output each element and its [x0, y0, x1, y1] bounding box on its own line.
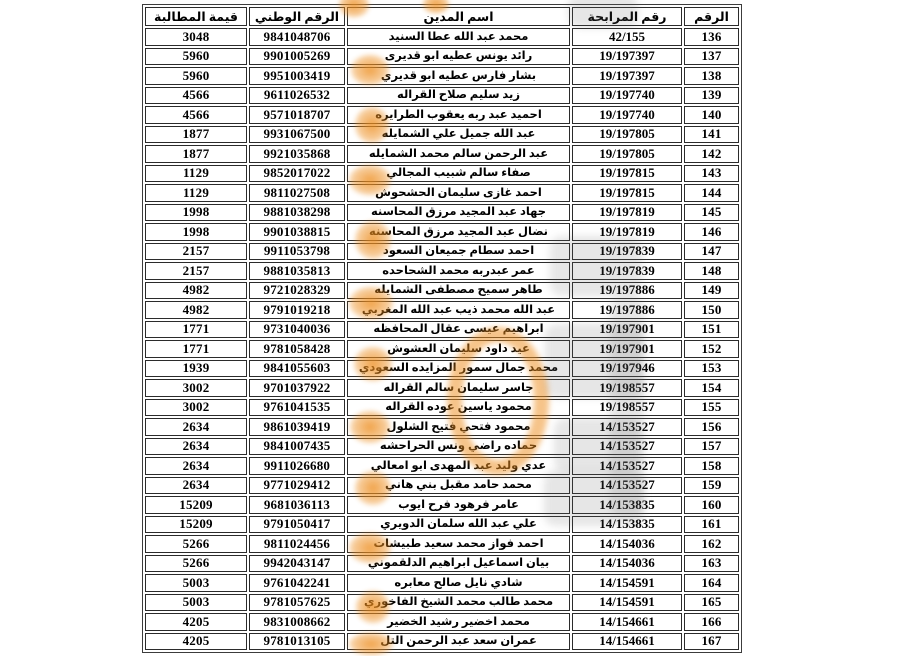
cell-national_id: 9881035813: [249, 262, 345, 280]
cell-index: 142: [684, 145, 739, 163]
cell-name: ابراهيم عيسى عقال المحافظه: [347, 321, 570, 339]
cell-amount: 4982: [145, 282, 247, 300]
cell-name: جاسر سليمان سالم القراله: [347, 379, 570, 397]
table-row: 15814/153527عدي وليد عبد المهدى ابو امعا…: [145, 457, 739, 475]
cell-index: 143: [684, 165, 739, 183]
cell-murabaha: 14/153835: [572, 496, 682, 514]
table-row: 14419/197815احمد غازى سليمان الحشحوش9811…: [145, 184, 739, 202]
cell-name: محمد حامد مقبل بني هاني: [347, 477, 570, 495]
cell-amount: 1877: [145, 126, 247, 144]
cell-national_id: 9841048706: [249, 28, 345, 46]
header-murabaha-number: رقم المرابحة: [572, 7, 682, 26]
table-row: 15614/153527محمود فتحي فتيح الشلول986103…: [145, 418, 739, 436]
cell-index: 160: [684, 496, 739, 514]
cell-amount: 1998: [145, 223, 247, 241]
cell-murabaha: 19/197815: [572, 165, 682, 183]
table-row: 15714/153527حماده راضي ونس الحراحشه98410…: [145, 438, 739, 456]
cell-murabaha: 14/154591: [572, 594, 682, 612]
cell-amount: 2634: [145, 418, 247, 436]
cell-national_id: 9571018707: [249, 106, 345, 124]
cell-national_id: 9931067500: [249, 126, 345, 144]
cell-name: عبد الرحمن سالم محمد الشمايله: [347, 145, 570, 163]
cell-national_id: 9611026532: [249, 87, 345, 105]
cell-national_id: 9731040036: [249, 321, 345, 339]
cell-national_id: 9831008662: [249, 613, 345, 631]
cell-national_id: 9942043147: [249, 555, 345, 573]
cell-murabaha: 42/155: [572, 28, 682, 46]
cell-name: محمد اخضير رشيد الخضير: [347, 613, 570, 631]
cell-amount: 4982: [145, 301, 247, 319]
cell-national_id: 9911053798: [249, 243, 345, 261]
cell-name: عامر فرهود فرح ايوب: [347, 496, 570, 514]
cell-amount: 2157: [145, 262, 247, 280]
cell-index: 154: [684, 379, 739, 397]
table-row: 15519/198557محمود ياسين عوده القراله9761…: [145, 399, 739, 417]
cell-murabaha: 19/197805: [572, 126, 682, 144]
cell-national_id: 9861039419: [249, 418, 345, 436]
cell-murabaha: 19/197839: [572, 243, 682, 261]
table-row: 13819/197397بشار فارس عطيه ابو قديري9951…: [145, 67, 739, 85]
table-row: 16114/153835علي عبد الله سلمان الدويري97…: [145, 516, 739, 534]
cell-amount: 1939: [145, 360, 247, 378]
table-row: 16214/154036احمد فواز محمد سعيد طبيشات98…: [145, 535, 739, 553]
cell-national_id: 9771029412: [249, 477, 345, 495]
table-row: 16414/154591شادي نايل صالح معابره9761042…: [145, 574, 739, 592]
cell-amount: 5003: [145, 594, 247, 612]
cell-name: بشار فارس عطيه ابو قديري: [347, 67, 570, 85]
cell-amount: 5266: [145, 535, 247, 553]
cell-murabaha: 19/197819: [572, 204, 682, 222]
cell-name: عمر عبدربه محمد الشحاحده: [347, 262, 570, 280]
cell-murabaha: 19/197397: [572, 67, 682, 85]
cell-amount: 1877: [145, 145, 247, 163]
cell-amount: 5003: [145, 574, 247, 592]
cell-murabaha: 19/197397: [572, 48, 682, 66]
table-row: 14219/197805عبد الرحمن سالم محمد الشمايل…: [145, 145, 739, 163]
cell-murabaha: 19/197740: [572, 106, 682, 124]
cell-national_id: 9791050417: [249, 516, 345, 534]
cell-index: 145: [684, 204, 739, 222]
cell-amount: 4566: [145, 106, 247, 124]
cell-amount: 1129: [145, 165, 247, 183]
cell-murabaha: 14/153527: [572, 418, 682, 436]
table-row: 16314/154036بيان اسماعيل ابراهيم الدلقمو…: [145, 555, 739, 573]
table-row: 13719/197397رائد يونس عطيه ابو قديرى9901…: [145, 48, 739, 66]
cell-name: محمود فتحي فتيح الشلول: [347, 418, 570, 436]
cell-murabaha: 19/197805: [572, 145, 682, 163]
table-row: 14519/197819جهاد عبد المجيد مرزق المحاسن…: [145, 204, 739, 222]
header-national-id: الرقم الوطني: [249, 7, 345, 26]
table-row: 14019/197740احميد عبد ربه يعقوب الطرايره…: [145, 106, 739, 124]
header-row: الرقم رقم المرابحة اسم المدين الرقم الوط…: [145, 7, 739, 26]
cell-amount: 5960: [145, 67, 247, 85]
cell-name: عدي وليد عبد المهدى ابو امعالي: [347, 457, 570, 475]
cell-murabaha: 19/197901: [572, 321, 682, 339]
cell-index: 136: [684, 28, 739, 46]
cell-amount: 4205: [145, 633, 247, 651]
table-row: 15914/153527محمد حامد مقبل بني هاني97710…: [145, 477, 739, 495]
table-row: 14919/197886طاهر سميح مصطفى الشمايله9721…: [145, 282, 739, 300]
cell-name: شادي نايل صالح معابره: [347, 574, 570, 592]
cell-index: 163: [684, 555, 739, 573]
cell-murabaha: 14/154036: [572, 555, 682, 573]
cell-national_id: 9901038815: [249, 223, 345, 241]
cell-name: عمران سعد عبد الرحمن التل: [347, 633, 570, 651]
cell-murabaha: 19/197740: [572, 87, 682, 105]
cell-name: احمد فواز محمد سعيد طبيشات: [347, 535, 570, 553]
cell-index: 146: [684, 223, 739, 241]
cell-amount: 2157: [145, 243, 247, 261]
cell-amount: 2634: [145, 457, 247, 475]
cell-name: محمد طالب محمد الشيخ الفاخوري: [347, 594, 570, 612]
cell-index: 165: [684, 594, 739, 612]
cell-name: صفاء سالم شبيب المجالي: [347, 165, 570, 183]
cell-amount: 2634: [145, 438, 247, 456]
cell-index: 164: [684, 574, 739, 592]
header-debtor-name: اسم المدين: [347, 7, 570, 26]
cell-name: نضال عبد المجيد مرزق المحاسنه: [347, 223, 570, 241]
cell-national_id: 9951003419: [249, 67, 345, 85]
cell-murabaha: 14/153835: [572, 516, 682, 534]
cell-national_id: 9811024456: [249, 535, 345, 553]
cell-amount: 1129: [145, 184, 247, 202]
cell-murabaha: 14/153527: [572, 438, 682, 456]
cell-amount: 4205: [145, 613, 247, 631]
cell-national_id: 9921035868: [249, 145, 345, 163]
cell-amount: 1771: [145, 321, 247, 339]
header-claim-amount: قيمة المطالبة: [145, 7, 247, 26]
cell-index: 155: [684, 399, 739, 417]
cell-murabaha: 19/197839: [572, 262, 682, 280]
cell-name: عبد الله جميل علي الشمايله: [347, 126, 570, 144]
cell-national_id: 9701037922: [249, 379, 345, 397]
cell-amount: 1771: [145, 340, 247, 358]
cell-national_id: 9841055603: [249, 360, 345, 378]
table-row: 14719/197839احمد سطام جميعان السعود99110…: [145, 243, 739, 261]
cell-national_id: 9781057625: [249, 594, 345, 612]
cell-name: زيد سليم صلاح القراله: [347, 87, 570, 105]
cell-national_id: 9781013105: [249, 633, 345, 651]
cell-name: احمد غازى سليمان الحشحوش: [347, 184, 570, 202]
table-row: 15219/197901عيد داود سليمان العشوش978105…: [145, 340, 739, 358]
cell-murabaha: 19/197815: [572, 184, 682, 202]
cell-amount: 2634: [145, 477, 247, 495]
table-row: 15119/197901ابراهيم عيسى عقال المحافظه97…: [145, 321, 739, 339]
cell-name: بيان اسماعيل ابراهيم الدلقموني: [347, 555, 570, 573]
cell-index: 167: [684, 633, 739, 651]
cell-index: 161: [684, 516, 739, 534]
cell-amount: 3002: [145, 399, 247, 417]
cell-name: احميد عبد ربه يعقوب الطرايره: [347, 106, 570, 124]
table-row: 14119/197805عبد الله جميل علي الشمايله99…: [145, 126, 739, 144]
cell-amount: 1998: [145, 204, 247, 222]
table-row: 15419/198557جاسر سليمان سالم القراله9701…: [145, 379, 739, 397]
cell-index: 157: [684, 438, 739, 456]
cell-national_id: 9901005269: [249, 48, 345, 66]
cell-name: حماده راضي ونس الحراحشه: [347, 438, 570, 456]
cell-index: 152: [684, 340, 739, 358]
cell-amount: 5266: [145, 555, 247, 573]
cell-national_id: 9681036113: [249, 496, 345, 514]
cell-index: 144: [684, 184, 739, 202]
cell-murabaha: 19/197946: [572, 360, 682, 378]
header-index: الرقم: [684, 7, 739, 26]
cell-amount: 4566: [145, 87, 247, 105]
cell-national_id: 9811027508: [249, 184, 345, 202]
cell-murabaha: 19/197886: [572, 282, 682, 300]
cell-murabaha: 14/153527: [572, 457, 682, 475]
cell-index: 149: [684, 282, 739, 300]
claims-table: الرقم رقم المرابحة اسم المدين الرقم الوط…: [142, 4, 742, 653]
cell-name: احمد سطام جميعان السعود: [347, 243, 570, 261]
table-row: 15019/197886عبد الله محمد ذيب عبد الله ا…: [145, 301, 739, 319]
cell-amount: 15209: [145, 496, 247, 514]
cell-national_id: 9721028329: [249, 282, 345, 300]
cell-murabaha: 19/197901: [572, 340, 682, 358]
table-row: 14619/197819نضال عبد المجيد مرزق المحاسن…: [145, 223, 739, 241]
cell-name: علي عبد الله سلمان الدويري: [347, 516, 570, 534]
cell-national_id: 9761042241: [249, 574, 345, 592]
cell-murabaha: 14/154591: [572, 574, 682, 592]
cell-index: 166: [684, 613, 739, 631]
cell-name: رائد يونس عطيه ابو قديرى: [347, 48, 570, 66]
cell-index: 158: [684, 457, 739, 475]
cell-index: 159: [684, 477, 739, 495]
cell-index: 150: [684, 301, 739, 319]
table-row: 14819/197839عمر عبدربه محمد الشحاحده9881…: [145, 262, 739, 280]
cell-name: محمد عبد الله عطا السنيد: [347, 28, 570, 46]
cell-index: 147: [684, 243, 739, 261]
table-row: 16014/153835عامر فرهود فرح ايوب968103611…: [145, 496, 739, 514]
cell-index: 137: [684, 48, 739, 66]
cell-amount: 5960: [145, 48, 247, 66]
cell-index: 141: [684, 126, 739, 144]
cell-index: 139: [684, 87, 739, 105]
cell-national_id: 9761041535: [249, 399, 345, 417]
cell-national_id: 9852017022: [249, 165, 345, 183]
cell-murabaha: 19/197886: [572, 301, 682, 319]
table-row: 13919/197740زيد سليم صلاح القراله9611026…: [145, 87, 739, 105]
table-row: 13642/155محمد عبد الله عطا السنيد9841048…: [145, 28, 739, 46]
cell-name: طاهر سميح مصطفى الشمايله: [347, 282, 570, 300]
cell-amount: 15209: [145, 516, 247, 534]
cell-national_id: 9791019218: [249, 301, 345, 319]
cell-national_id: 9881038298: [249, 204, 345, 222]
cell-index: 148: [684, 262, 739, 280]
cell-murabaha: 14/154661: [572, 633, 682, 651]
cell-name: جهاد عبد المجيد مرزق المحاسنه: [347, 204, 570, 222]
cell-index: 156: [684, 418, 739, 436]
cell-index: 138: [684, 67, 739, 85]
cell-murabaha: 19/198557: [572, 399, 682, 417]
table-row: 16614/154661محمد اخضير رشيد الخضير983100…: [145, 613, 739, 631]
cell-national_id: 9781058428: [249, 340, 345, 358]
cell-index: 140: [684, 106, 739, 124]
cell-murabaha: 14/153527: [572, 477, 682, 495]
cell-murabaha: 19/197819: [572, 223, 682, 241]
cell-name: عيد داود سليمان العشوش: [347, 340, 570, 358]
cell-national_id: 9841007435: [249, 438, 345, 456]
cell-index: 151: [684, 321, 739, 339]
cell-murabaha: 19/198557: [572, 379, 682, 397]
cell-national_id: 9911026680: [249, 457, 345, 475]
cell-name: عبد الله محمد ذيب عبد الله المغربي: [347, 301, 570, 319]
cell-name: محمود ياسين عوده القراله: [347, 399, 570, 417]
cell-index: 153: [684, 360, 739, 378]
table-row: 16514/154591محمد طالب محمد الشيخ الفاخور…: [145, 594, 739, 612]
table-row: 16714/154661عمران سعد عبد الرحمن التل978…: [145, 633, 739, 651]
cell-index: 162: [684, 535, 739, 553]
cell-amount: 3002: [145, 379, 247, 397]
table-row: 15319/197946محمد جمال سمور المزايده السع…: [145, 360, 739, 378]
cell-murabaha: 14/154661: [572, 613, 682, 631]
cell-murabaha: 14/154036: [572, 535, 682, 553]
cell-name: محمد جمال سمور المزايده السعودي: [347, 360, 570, 378]
cell-amount: 3048: [145, 28, 247, 46]
table-body: 13642/155محمد عبد الله عطا السنيد9841048…: [145, 28, 739, 650]
table-row: 14319/197815صفاء سالم شبيب المجالي985201…: [145, 165, 739, 183]
